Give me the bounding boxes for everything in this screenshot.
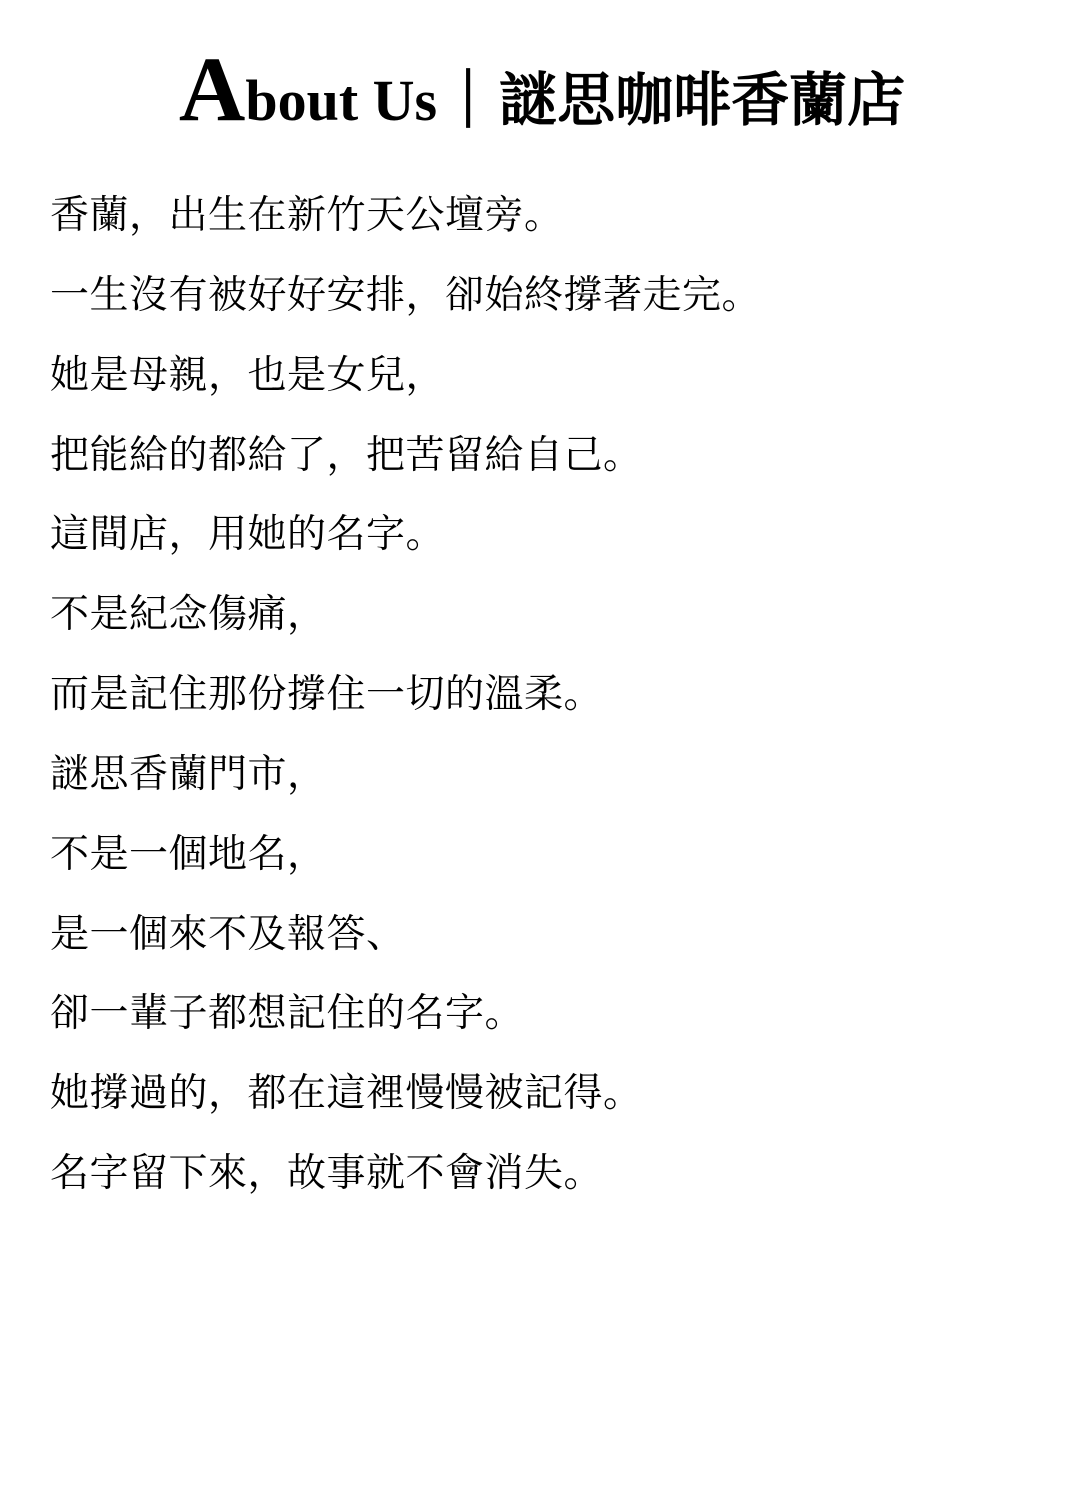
body-paragraph: 她是母親，也是女兒， [50,354,1034,399]
document-content: About Us｜謎思咖啡香蘭店 香蘭，出生在新竹天公壇旁。 一生沒有被好好安排… [0,72,1080,1197]
title-store-name: 謎思咖啡香蘭店 [499,68,905,133]
body-paragraph: 不是紀念傷痛， [50,593,1034,638]
body-paragraph: 一生沒有被好好安排，卻始終撐著走完。 [50,274,1034,319]
body-paragraph: 把能給的都給了，把苦留給自己。 [50,434,1034,479]
body-paragraph: 謎思香蘭門市， [50,753,1034,798]
body-paragraph: 卻一輩子都想記住的名字。 [50,992,1034,1037]
body-paragraph: 香蘭，出生在新竹天公壇旁。 [50,194,1034,239]
body-paragraph: 她撐過的，都在這裡慢慢被記得。 [50,1072,1034,1117]
title-initial-letter: A [179,38,245,140]
body-paragraph: 這間店，用她的名字。 [50,513,1034,558]
body-paragraph: 而是記住那份撐住一切的溫柔。 [50,673,1034,718]
title-latin-text: bout Us [245,68,437,133]
page-title: About Us｜謎思咖啡香蘭店 [50,72,1034,130]
body-paragraph: 不是一個地名， [50,833,1034,878]
body-paragraph: 是一個來不及報答、 [50,913,1034,958]
title-separator: ｜ [437,68,499,133]
document-page: About Us｜謎思咖啡香蘭店 香蘭，出生在新竹天公壇旁。 一生沒有被好好安排… [0,0,1080,1500]
body-paragraph: 名字留下來，故事就不會消失。 [50,1152,1034,1197]
